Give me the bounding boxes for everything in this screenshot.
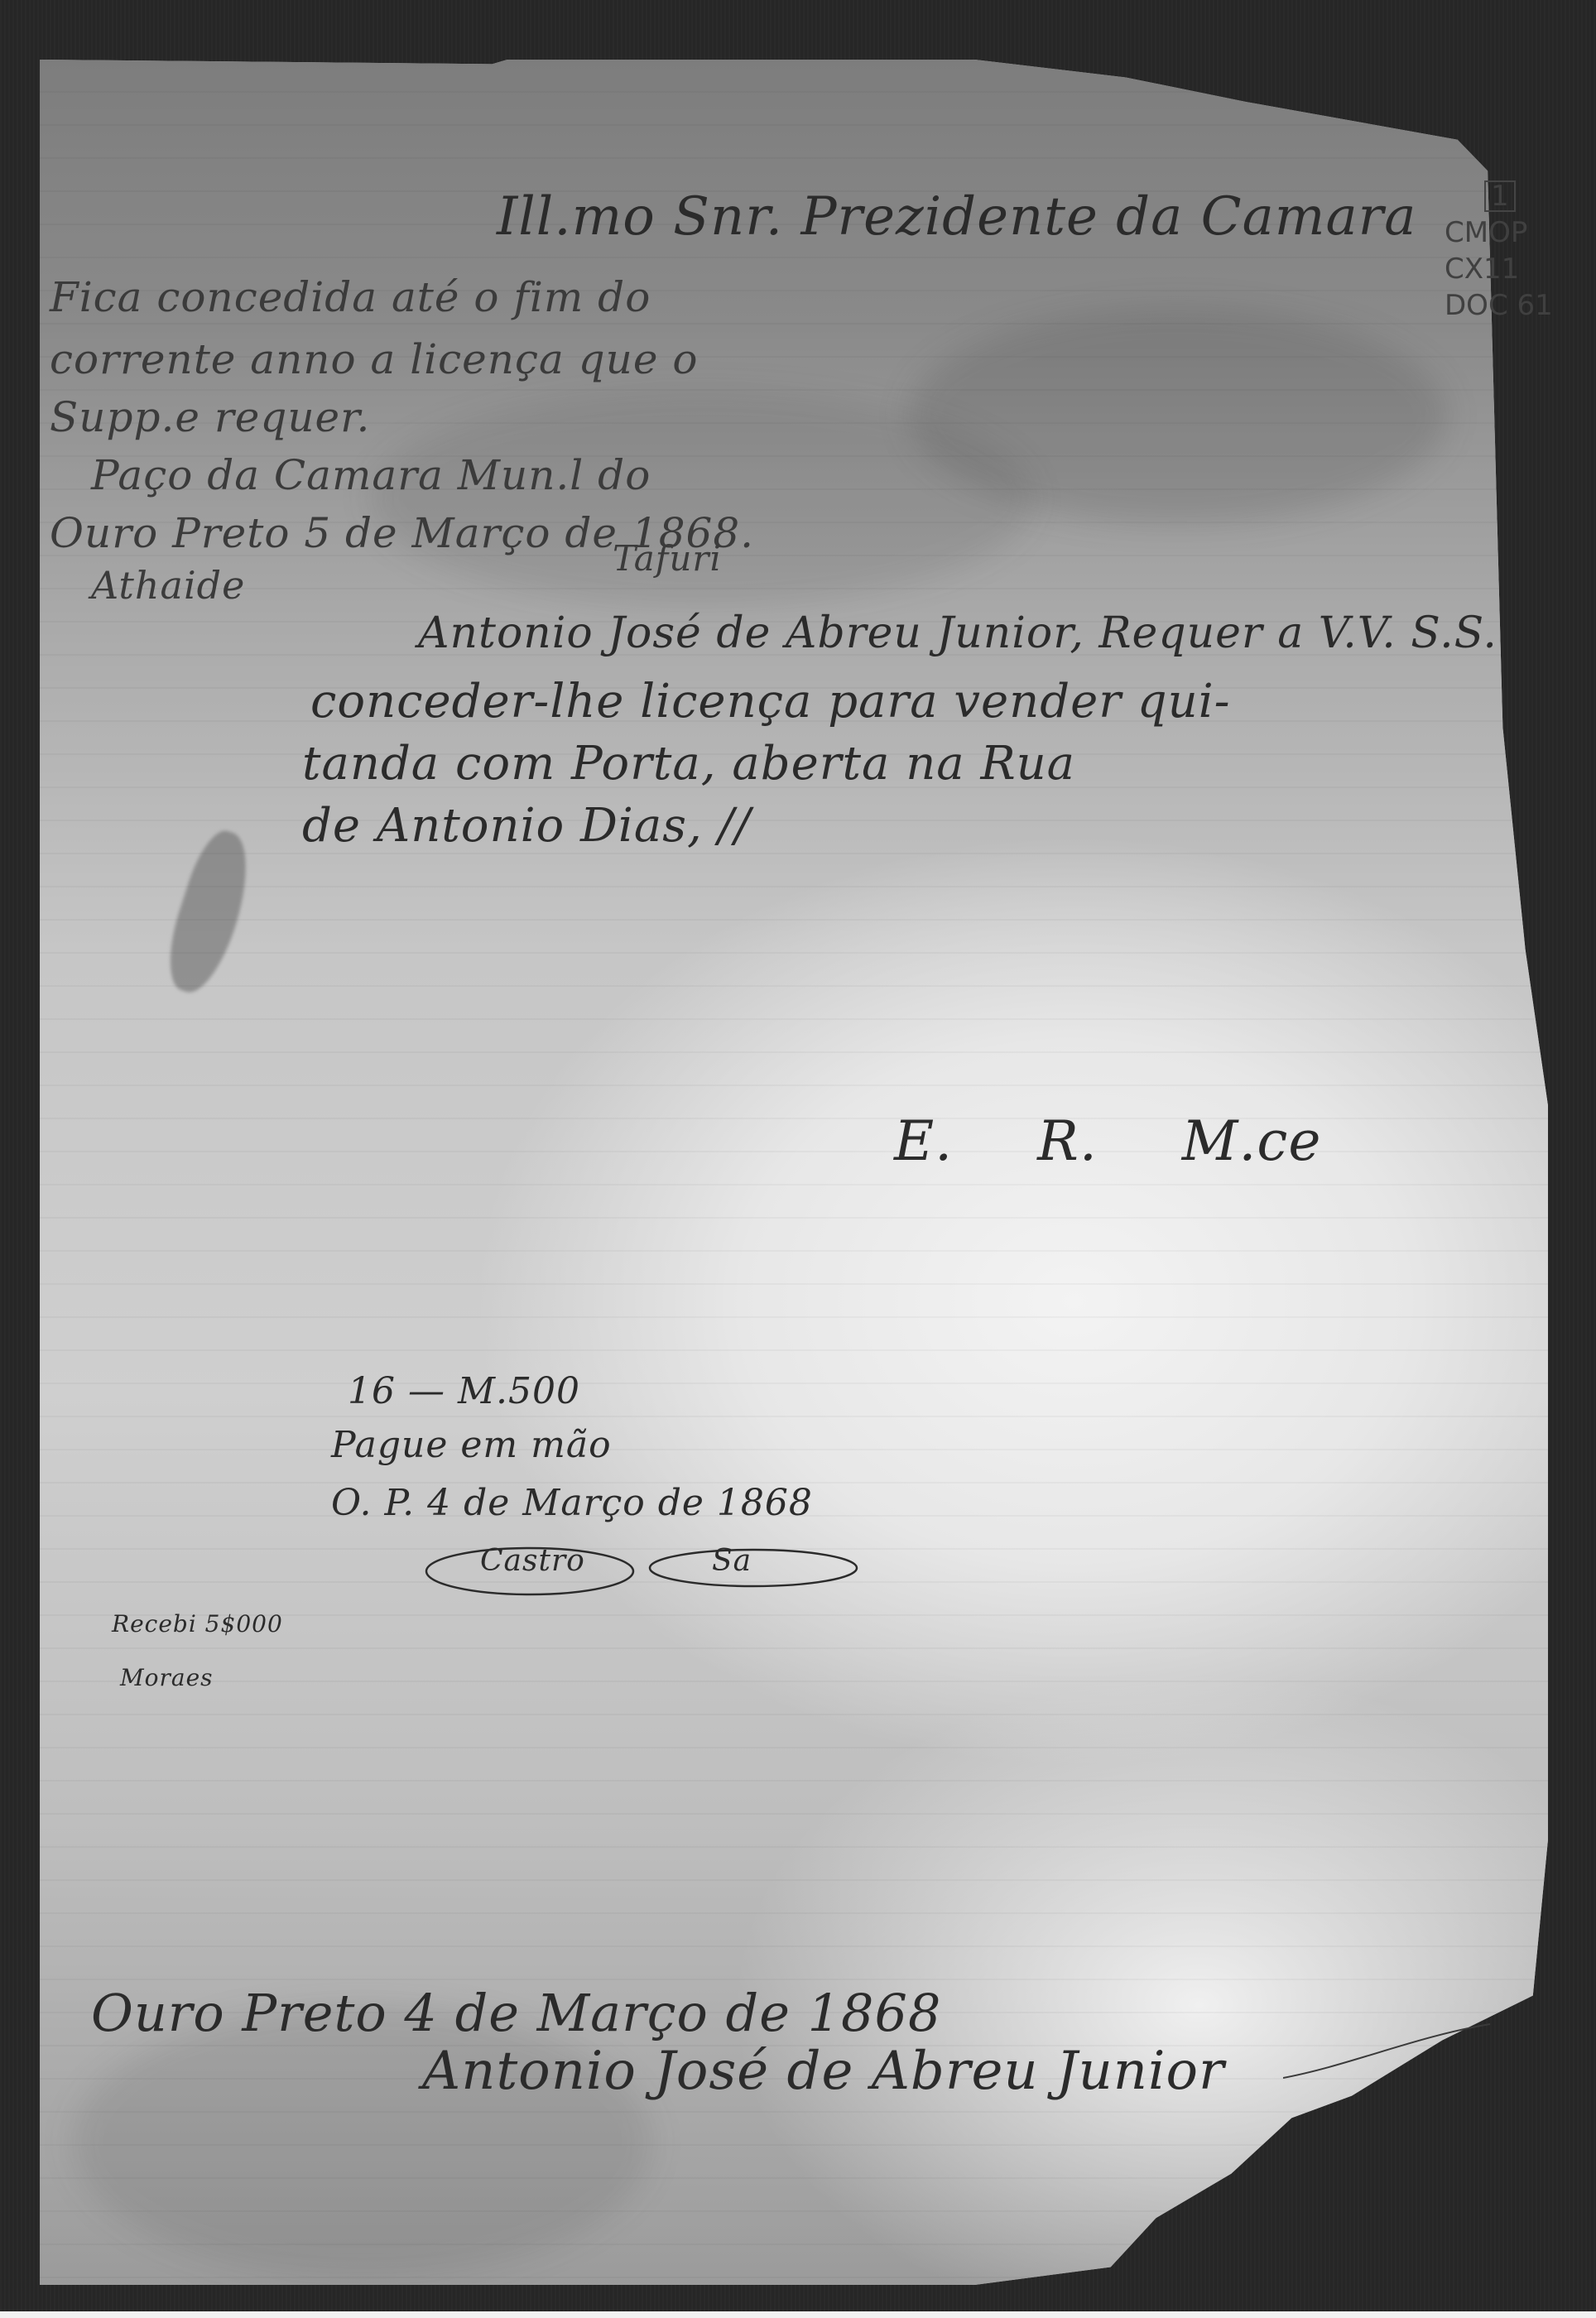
petition-line: de Antonio Dias, // — [302, 799, 751, 853]
stamp-folio: 1 — [1484, 180, 1516, 212]
petition-line: Antonio José de Abreu Junior, Requer a V… — [418, 608, 1497, 658]
dispatch-signature: Athaide — [91, 563, 245, 608]
fee-line: 16 — M.500 — [348, 1370, 580, 1412]
scan-bottom-edge — [0, 2311, 1596, 2318]
petitioner-signature: Antonio José de Abreu Junior — [422, 2041, 1225, 2102]
place-date: Ouro Preto 4 de Março de 1868 — [91, 1983, 941, 2043]
closing-formula: E. R. M.ce — [894, 1109, 1321, 1173]
dispatch-line: corrente anno a licença que o — [50, 335, 698, 383]
dispatch-signature: Tafuri — [613, 538, 722, 579]
petition-line: conceder-lhe licença para vender qui- — [310, 675, 1231, 729]
dispatch-line: Fica concedida até o fim do — [50, 273, 651, 321]
salutation: Ill.mo Snr. Prezidente da Camara — [497, 186, 1416, 248]
petition-line: tanda com Porta, aberta na Rua — [302, 737, 1075, 791]
fee-line: Pague em mão — [331, 1424, 612, 1466]
archive-stamp: 1 CMOP CX11 DOC 61 — [1445, 178, 1553, 324]
stamp-doc: DOC 61 — [1445, 287, 1553, 324]
signature-flourish — [397, 1540, 911, 1606]
dispatch-line: Supp.e requer. — [50, 393, 370, 441]
stamp-box: CX11 — [1445, 251, 1553, 287]
receipt-line: Moraes — [120, 1664, 214, 1691]
signature-underline-flourish — [1283, 2020, 1498, 2086]
ink-blot — [156, 825, 262, 1000]
receipt-line: Recebi 5$000 — [112, 1610, 283, 1638]
dispatch-line: Paço da Camara Mun.l do — [91, 451, 651, 499]
fee-line: O. P. 4 de Março de 1868 — [331, 1482, 813, 1524]
stamp-collection: CMOP — [1445, 214, 1553, 251]
